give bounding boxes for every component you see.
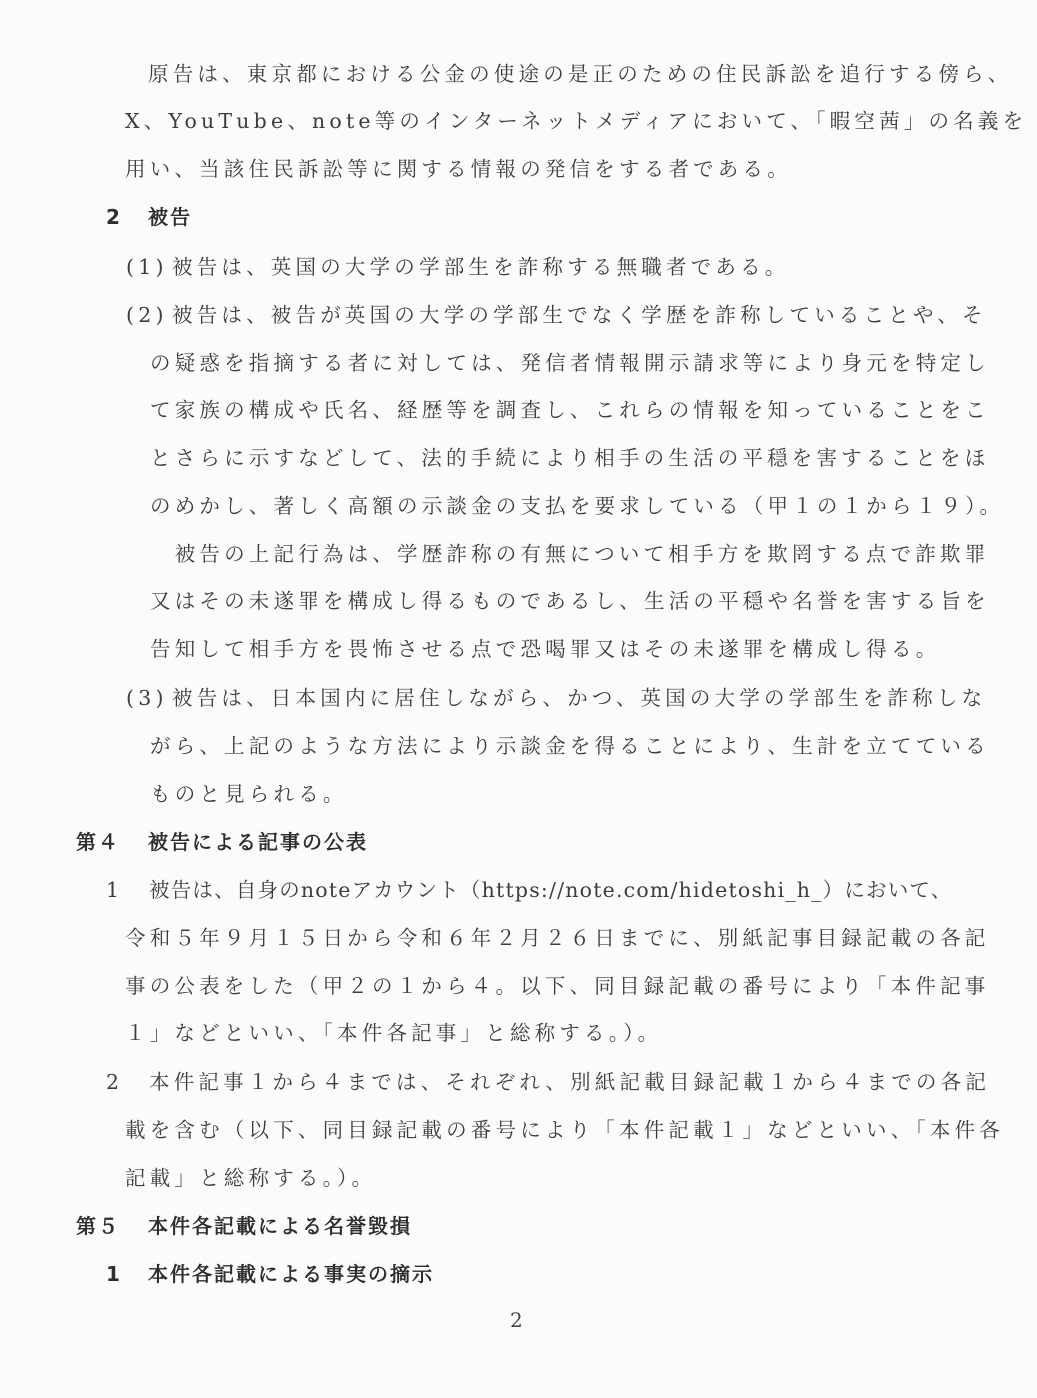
list-item: 1被告は、自身のnoteアカウント（https://note.com/hidet…	[106, 876, 952, 904]
paragraph-line: 被告の上記行為は、学歴詐称の有無について相手方を欺罔する点で詐欺罪	[150, 540, 989, 568]
item-text: 被告は、被告が英国の大学の学部生でなく学歴を詐称していることや、そ	[172, 303, 987, 327]
item-marker: (2)	[126, 301, 172, 329]
list-item: (2)被告は、被告が英国の大学の学部生でなく学歴を詐称していることや、そ	[126, 301, 987, 329]
item-text: 本件記事１から４までは、それぞれ、別紙記載目録記載１から４までの各記	[149, 1070, 990, 1094]
subsection-heading: 1本件各記載による事実の摘示	[106, 1260, 434, 1288]
heading-number: 1	[106, 1260, 148, 1288]
paragraph-line: て家族の構成や氏名、経歴等を調査し、これらの情報を知っていることをこ	[150, 396, 990, 424]
paragraph-line: 用い、当該住民訴訟等に関する情報の発信をする者である。	[125, 155, 792, 183]
item-text: 被告は、自身のnoteアカウント（https://note.com/hideto…	[149, 878, 952, 902]
document-page: 原告は、東京都における公金の使途の是正のための住民訴訟を追行する傍ら、 X、Yo…	[0, 0, 1037, 1398]
heading-number: 2	[106, 203, 148, 231]
list-item: 2本件記事１から４までは、それぞれ、別紙記載目録記載１から４までの各記	[106, 1068, 990, 1096]
paragraph-line: 載を含む（以下、同目録記載の番号により「本件記載１」などといい、「本件各	[125, 1116, 1004, 1144]
paragraph-line: X、YouTube、note等のインターネットメディアにおいて、「暇空茜」の名義…	[125, 107, 1027, 135]
section-number: 第４	[76, 828, 148, 856]
paragraph-line: 又はその未遂罪を構成し得るものであるし、生活の平穏や名誉を害する旨を	[150, 587, 990, 615]
subsection-heading: 2被告	[106, 203, 192, 231]
list-item: (3)被告は、日本国内に居住しながら、かつ、英国の大学の学部生を詐称しな	[126, 684, 986, 712]
item-text: 被告は、英国の大学の学部生を詐称する無職者である。	[172, 255, 790, 279]
page-number: 2	[510, 1308, 523, 1332]
list-item: (1)被告は、英国の大学の学部生を詐称する無職者である。	[126, 253, 790, 281]
heading-title: 本件各記載による事実の摘示	[148, 1262, 434, 1286]
section-title: 被告による記事の公表	[148, 830, 368, 854]
paragraph-line: １」などといい、「本件各記事」と総称する。）。	[125, 1019, 662, 1047]
section-heading: 第５本件各記載による名誉毀損	[76, 1212, 412, 1240]
paragraph-line: 原告は、東京都における公金の使途の是正のための住民訴訟を追行する傍ら、	[148, 60, 1013, 88]
paragraph-line: 令和５年９月１５日から令和６年２月２６日までに、別紙記事目録記載の各記	[125, 924, 990, 952]
item-marker: 1	[106, 876, 149, 904]
paragraph-line: のめかし、著しく高額の示談金の支払を要求している（甲１の１から１９）。	[150, 492, 1004, 520]
heading-title: 被告	[148, 205, 192, 229]
paragraph-line: 告知して相手方を畏怖させる点で恐喝罪又はその未遂罪を構成し得る。	[150, 635, 940, 663]
item-marker: (3)	[126, 684, 172, 712]
paragraph-line: 事の公表をした（甲２の１から４。以下、同目録記載の番号により「本件記事	[125, 972, 990, 1000]
paragraph-line: 記載」と総称する。）。	[125, 1164, 376, 1192]
section-number: 第５	[76, 1212, 148, 1240]
section-title: 本件各記載による名誉毀損	[148, 1214, 412, 1238]
item-marker: 2	[106, 1068, 149, 1096]
paragraph-line: とさらに示すなどして、法的手続により相手の生活の平穏を害することをほ	[150, 444, 989, 472]
item-marker: (1)	[126, 253, 172, 281]
item-text: 被告は、日本国内に居住しながら、かつ、英国の大学の学部生を詐称しな	[172, 686, 986, 710]
paragraph-line: ものと見られる。	[150, 780, 348, 808]
paragraph-line: の疑惑を指摘する者に対しては、発信者情報開示請求等により身元を特定し	[150, 349, 990, 377]
section-heading: 第４被告による記事の公表	[76, 828, 368, 856]
paragraph-line: がら、上記のような方法により示談金を得ることにより、生計を立てている	[150, 732, 990, 760]
